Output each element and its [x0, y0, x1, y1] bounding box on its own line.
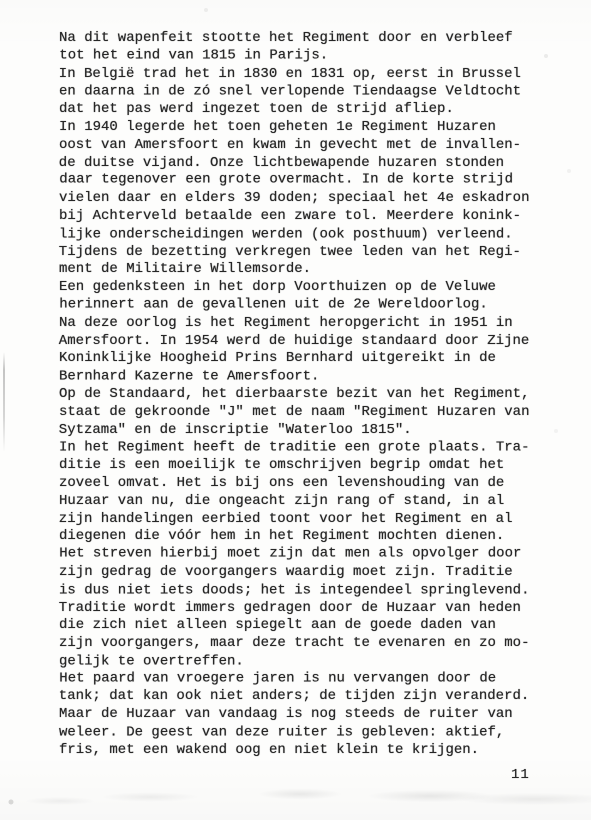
text-line: en daarna in de zó snel verlopende Tiend…: [59, 84, 539, 102]
text-line: In 1940 legerde het toen geheten 1e Regi…: [59, 119, 539, 137]
text-line: diegenen die vóór hem in het Regiment mo…: [59, 528, 539, 546]
text-line: tank; dat kan ook niet anders; de tijden…: [59, 688, 539, 706]
text-line: is dus niet iets doods; het is integende…: [59, 582, 539, 600]
text-line: ment de Militaire Willemsorde.: [59, 261, 539, 279]
scan-artifact-left-edge-line: [3, 352, 5, 452]
text-line: staat de gekroonde "J" met de naam "Regi…: [59, 404, 539, 422]
text-line: Een gedenksteen in het dorp Voorthuizen …: [59, 279, 539, 297]
text-line: Het streven hierbij moet zijn dat men al…: [59, 546, 539, 564]
text-line: weleer. De geest van deze ruiter is gebl…: [59, 724, 539, 742]
text-line: Sytzama" en de inscriptie "Waterloo 1815…: [59, 422, 539, 440]
text-line: zijn handelingen eerbied toont voor het …: [59, 511, 539, 529]
text-line: lijke onderscheidingen werden (ook posth…: [59, 226, 539, 244]
text-line: gelijk te overtreffen.: [59, 653, 539, 671]
text-line: Tijdens de bezetting verkregen twee lede…: [59, 244, 539, 262]
text-line: Maar de Huzaar van vandaag is nog steeds…: [59, 706, 539, 724]
text-line: Op de Standaard, het dierbaarste bezit v…: [59, 386, 539, 404]
text-line: zijn gedrag de voorgangers waardig moet …: [59, 564, 539, 582]
text-line: herinnert aan de gevallenen uit de 2e We…: [59, 297, 539, 315]
text-line: dat het pas werd ingezet toen de strijd …: [59, 101, 539, 119]
text-line: ditie is een moeilijk te omschrijven beg…: [59, 457, 539, 475]
text-line: tot het eind van 1815 in Parijs.: [59, 47, 539, 65]
text-line: die zich niet alleen spiegelt aan de goe…: [59, 617, 539, 635]
text-line: Het paard van vroegere jaren is nu verva…: [59, 670, 539, 688]
scan-artifact-specks: [0, 0, 2, 2]
text-line: bij Achterveld betaalde een zware tol. M…: [59, 208, 539, 226]
text-line: fris, met een wakend oog en niet klein t…: [59, 742, 539, 760]
text-line: de duitse vijand. Onze lichtbewapende hu…: [59, 155, 539, 173]
scan-artifact-bottom-smudge: [0, 782, 591, 810]
text-line: zoveel omvat. Het is bij ons een levensh…: [59, 475, 539, 493]
text-line: daar tegenover een grote overmacht. In d…: [59, 172, 539, 190]
text-line: Huzaar van nu, die ongeacht zijn rang of…: [59, 493, 539, 511]
document-page: Na dit wapenfeit stootte het Regiment do…: [0, 0, 591, 820]
text-line: Bernhard Kazerne te Amersfoort.: [59, 368, 539, 386]
text-line: vielen daar en elders 39 doden; speciaal…: [59, 190, 539, 208]
text-line: oost van Amersfoort en kwam in gevecht m…: [59, 137, 539, 155]
typewritten-body-text: Na dit wapenfeit stootte het Regiment do…: [59, 30, 539, 760]
text-line: Traditie wordt immers gedragen door de H…: [59, 600, 539, 618]
text-line: Amersfoort. In 1954 werd de huidige stan…: [59, 333, 539, 351]
page-number: 11: [511, 766, 530, 784]
text-line: Na deze oorlog is het Regiment heropgeri…: [59, 315, 539, 333]
text-line: In het Regiment heeft de traditie een gr…: [59, 440, 539, 458]
text-line: zijn voorgangers, maar deze tracht te ev…: [59, 635, 539, 653]
text-line: Na dit wapenfeit stootte het Regiment do…: [59, 30, 539, 48]
text-line: In België trad het in 1830 en 1831 op, e…: [59, 66, 539, 84]
text-line: Koninklijke Hoogheid Prins Bernhard uitg…: [59, 350, 539, 368]
